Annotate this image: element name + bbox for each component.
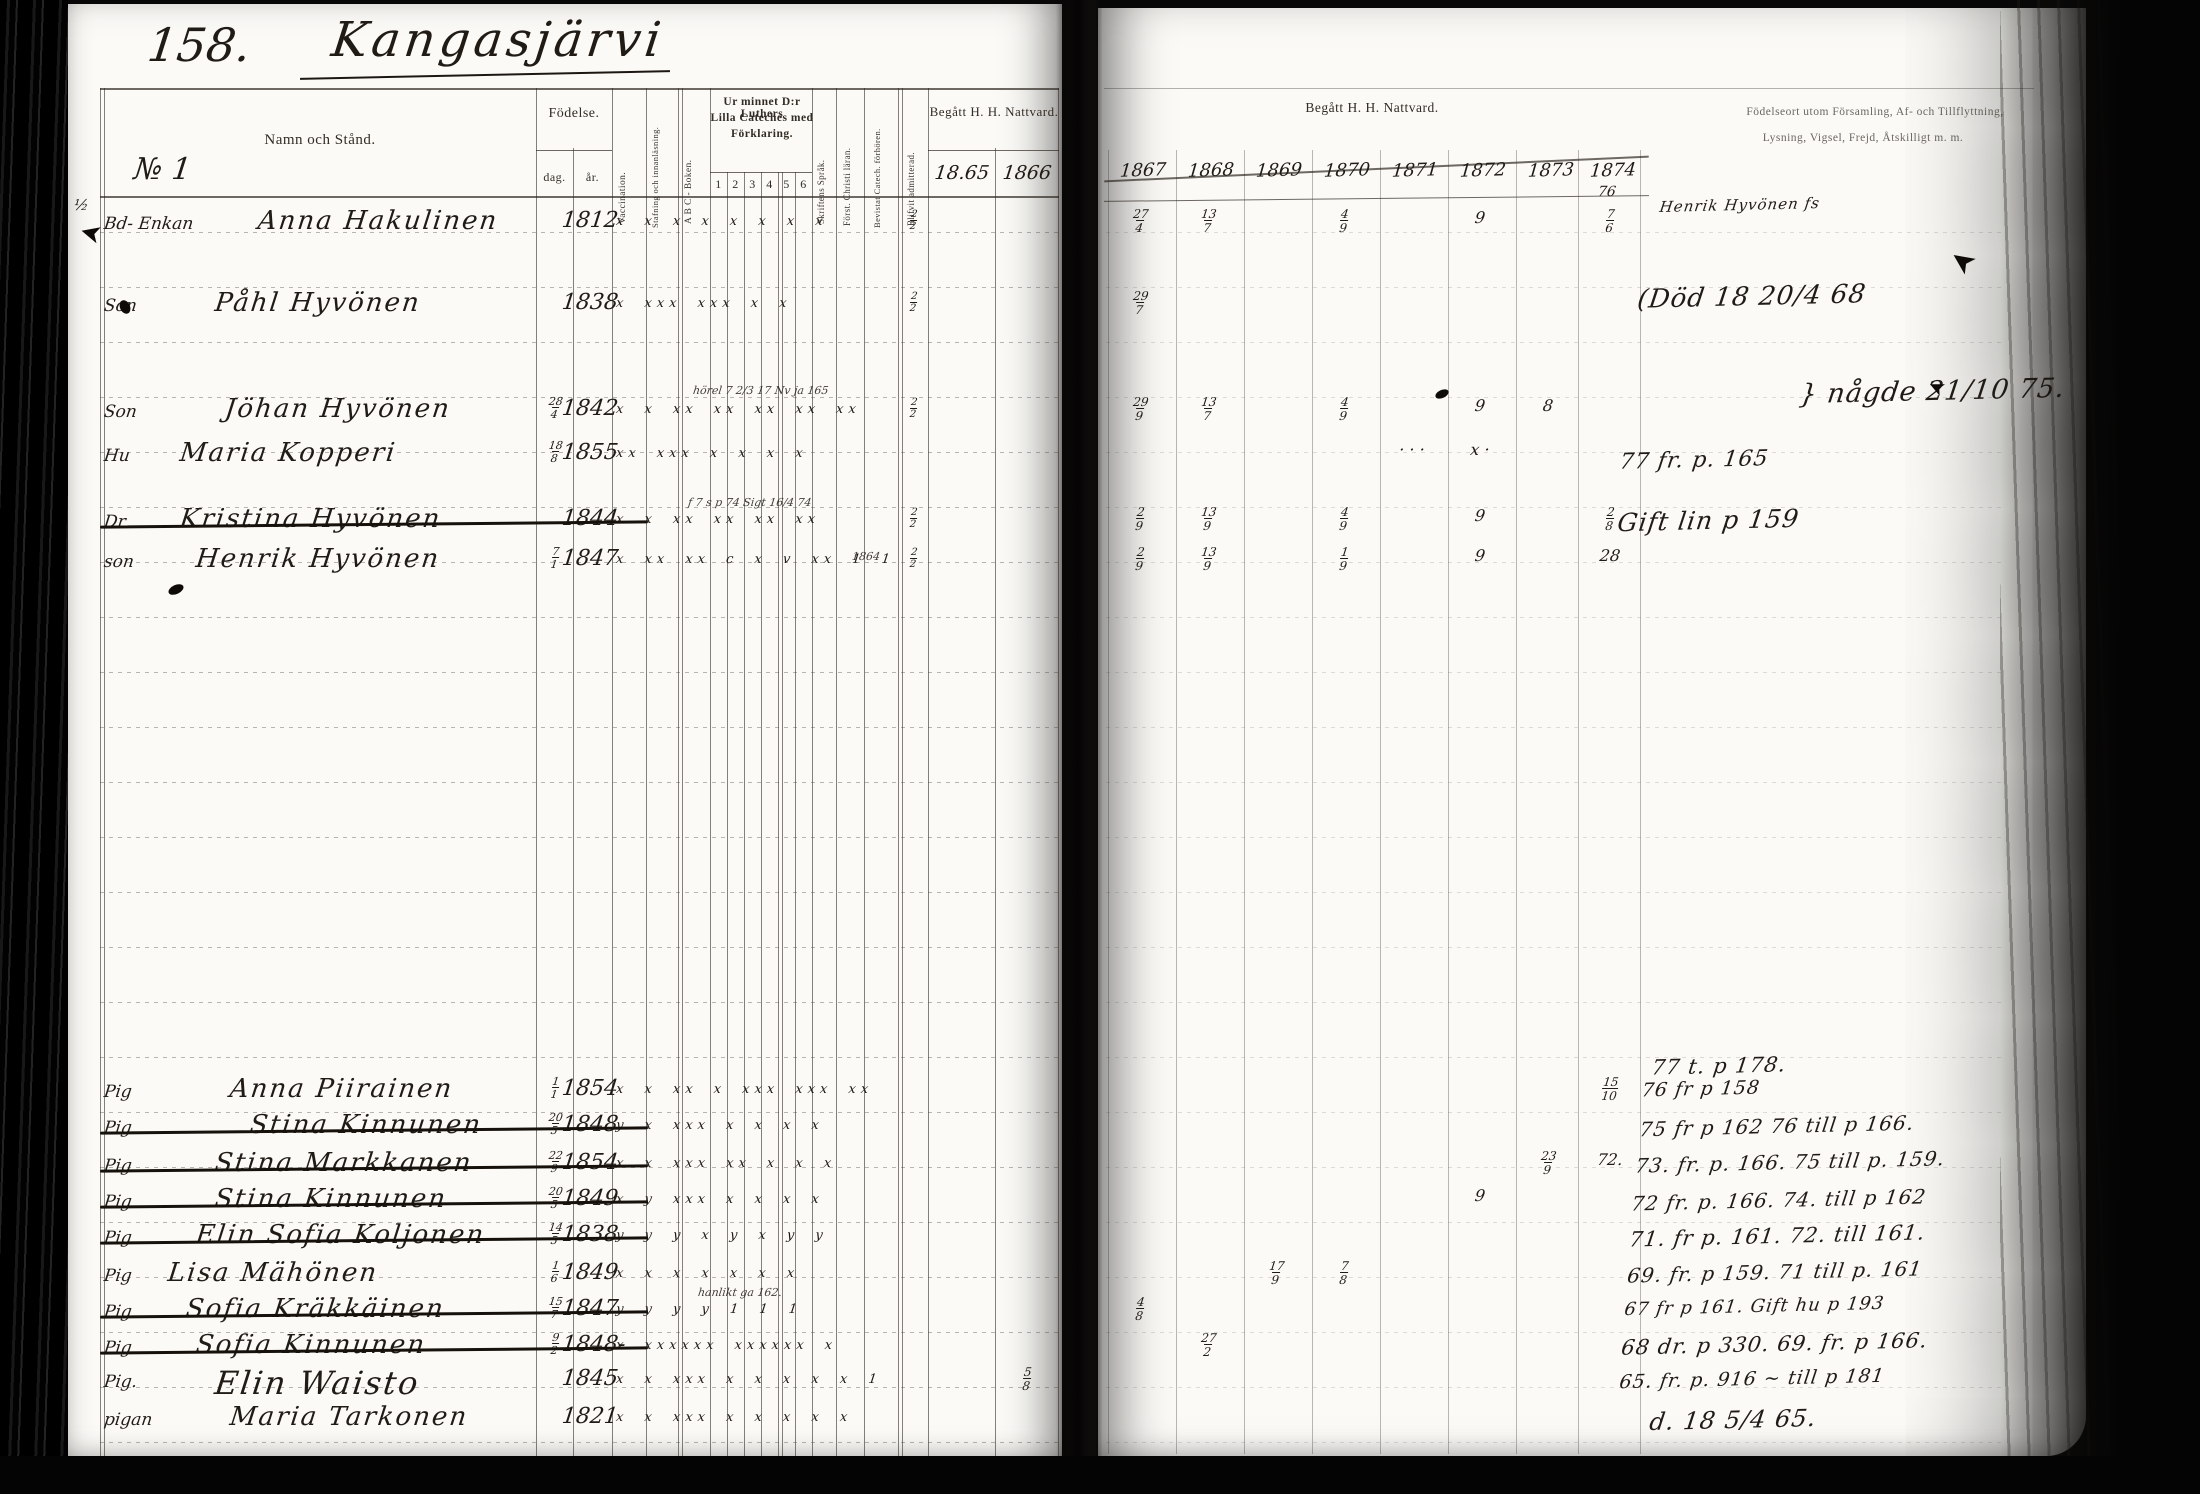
communion-mark-right: 78: [1310, 1260, 1377, 1286]
fraction-mark: 297: [1131, 290, 1149, 316]
row-prefix: Son: [103, 402, 138, 422]
row-prefix: Pig: [103, 1118, 133, 1138]
communion-mark-right: 139: [1174, 506, 1241, 532]
fraction-mark: 239: [1539, 1150, 1557, 1176]
fraction-mark: 71: [550, 546, 560, 570]
admitted-mark: 22: [899, 210, 929, 232]
note-script: hanlikt ga 162.: [697, 1286, 783, 1299]
table-row: SonPåhl Hyvönen1838x xxx xxx x x22297: [0, 290, 2200, 330]
row-name: Kristina Hyvönen: [178, 504, 443, 534]
row-name: Elin Sofia Koljonen: [194, 1220, 487, 1250]
communion-mark-right: 9: [1447, 396, 1513, 415]
communion-mark-right: 137: [1174, 208, 1241, 234]
row-prefix: son: [103, 552, 135, 572]
birth-year: 1849: [560, 1186, 617, 1211]
birth-year: 1854: [560, 1076, 617, 1101]
row-annotation: d. 18 5/4 65.: [1648, 1404, 1819, 1436]
birth-year: 1838: [560, 290, 617, 315]
communion-mark-right: 9: [1447, 1186, 1513, 1205]
row-prefix: Pig.: [103, 1372, 139, 1392]
communion-mark-right: 9: [1447, 208, 1513, 227]
birth-year: 1854: [560, 1150, 617, 1175]
birth-year: 1848-: [560, 1332, 617, 1357]
row-marks: x xxx xxx x x: [615, 296, 792, 311]
fraction-mark: 48: [1135, 1296, 1146, 1322]
birth-year: 1855: [560, 440, 617, 465]
fraction-mark: 58: [1022, 1366, 1033, 1392]
admitted-mark: 22: [899, 398, 929, 420]
row-prefix: Pig: [103, 1156, 133, 1176]
row-prefix: Pig: [103, 1338, 133, 1358]
row-annotation: (Död 18 20/4 68: [1636, 279, 1868, 315]
row-prefix: Pig: [103, 1228, 133, 1248]
row-prefix: pigan: [103, 1410, 154, 1430]
fraction-mark: 29: [1135, 506, 1146, 532]
table-row: sonHenrik Hyvönen711847x xx xx c x v xx …: [0, 546, 2200, 586]
communion-mark-right: 299: [1106, 396, 1173, 422]
row-name: Elin Waisto: [213, 1364, 422, 1402]
communion-mark-right: 72.: [1577, 1150, 1643, 1169]
fraction-mark: 137: [1199, 396, 1217, 422]
communion-mark-right: 28: [1577, 546, 1643, 565]
row-name: Anna Hakulinen: [256, 206, 500, 236]
communion-mark-right: 297: [1106, 290, 1173, 316]
admitted-mark: 22: [899, 548, 929, 570]
row-marks: x x xx xx xx xx xx: [615, 402, 862, 417]
row-prefix: Bd- Enkan: [103, 214, 195, 234]
fraction-mark: 139: [1199, 546, 1217, 572]
birth-year: 1849: [560, 1260, 617, 1285]
fraction-mark: 22: [909, 292, 918, 314]
admitted-mark: 22: [899, 292, 929, 314]
communion-mark-right: 29: [1106, 546, 1173, 572]
fraction-mark: 49: [1339, 506, 1350, 532]
communion-mark-left: 58: [994, 1366, 1059, 1392]
row-name: Jöhan Hyvönen: [223, 394, 453, 424]
fraction-mark: 11: [550, 1076, 560, 1100]
row-marks: x x x x x x x x: [615, 214, 828, 229]
communion-mark-right: · · ·: [1379, 440, 1445, 459]
fraction-mark: 78: [1339, 1260, 1350, 1286]
birth-year: 1812: [560, 208, 617, 233]
row-prefix: Pig: [103, 1266, 133, 1286]
row-annotation: 77 fr. p. 165: [1618, 446, 1770, 475]
birth-year: 1848: [560, 1112, 617, 1137]
communion-mark-right: 137: [1174, 396, 1241, 422]
birth-year: 1847: [560, 546, 617, 571]
communion-mark-right: 8: [1515, 396, 1581, 415]
row-name: Henrik Hyvönen: [194, 544, 442, 574]
fraction-mark: 19: [1339, 546, 1350, 572]
communion-mark-right: 272: [1174, 1332, 1241, 1358]
row-name: Stina Kinnunen: [248, 1110, 484, 1140]
communion-mark-right: 48: [1106, 1296, 1173, 1322]
communion-mark-right: 239: [1514, 1150, 1581, 1176]
fraction-mark: 179: [1267, 1260, 1285, 1286]
row-name: Maria Kopperi: [178, 438, 398, 468]
fraction-mark: 139: [1199, 506, 1217, 532]
communion-mark-right: 29: [1106, 506, 1173, 532]
communion-mark-right: 76: [1576, 208, 1643, 234]
row-prefix: Pig: [103, 1082, 133, 1102]
fraction-mark: 28: [1605, 506, 1616, 532]
table-row: piganMaria Tarkonen1821x x xxx x x x x x: [0, 1404, 2200, 1444]
communion-mark-right: 49: [1310, 208, 1377, 234]
row-prefix: Dr: [103, 512, 127, 532]
fraction-mark: 272: [1199, 1332, 1217, 1358]
communion-mark-right: 19: [1310, 546, 1377, 572]
row-prefix: Pig: [103, 1192, 133, 1212]
fraction-mark: 299: [1131, 396, 1149, 422]
fraction-mark: 22: [909, 508, 918, 530]
fraction-mark: 1510: [1601, 1076, 1619, 1102]
fraction-mark: 29: [1135, 546, 1146, 572]
row-name: Stina Kinnunen: [213, 1184, 449, 1214]
birth-year: 1821: [560, 1404, 617, 1429]
row-marks: x x xxx xx x x x: [615, 1156, 837, 1171]
table-row: Bd- EnkanAnna Hakulinen1812x x x x x x x…: [0, 208, 2200, 248]
row-name: Påhl Hyvönen: [213, 288, 422, 318]
fraction-mark: 274: [1131, 208, 1149, 234]
fraction-mark: 49: [1339, 208, 1350, 234]
row-name: Maria Tarkonen: [228, 1402, 470, 1432]
row-marks: x x x x x x x: [615, 1266, 800, 1281]
row-marks: x x xxx x x x x x 1: [615, 1372, 882, 1387]
scanned-church-record-spread: 158. Kangasjärvi № 1 Namn och Stånd. Föd…: [0, 0, 2200, 1494]
row-name: Sofia Kinnunen: [194, 1330, 428, 1360]
row-name: Lisa Mähönen: [166, 1258, 380, 1288]
table-rows: Bd- EnkanAnna Hakulinen1812x x x x x x x…: [0, 0, 2200, 1494]
communion-mark-right: 49: [1310, 506, 1377, 532]
birth-year: 1847: [560, 1296, 617, 1321]
row-name: Sofia Kräkkäinen: [184, 1294, 446, 1324]
row-prefix: Pig: [103, 1302, 133, 1322]
communion-mark-right: 1510: [1576, 1076, 1643, 1102]
communion-mark-right: 9: [1447, 546, 1513, 565]
row-prefix: Hu: [103, 446, 131, 466]
row-marks: x xxxxxx xxxxxx x: [615, 1338, 838, 1353]
margin-fraction: ½: [73, 196, 90, 214]
communion-mark-right: 9: [1447, 506, 1513, 525]
communion-mark-right: 179: [1242, 1260, 1309, 1286]
fraction-mark: 22: [909, 398, 918, 420]
communion-mark-right: x ·: [1447, 440, 1513, 459]
fraction-mark: 76: [1605, 208, 1616, 234]
row-annotation: 77 t. p 178.: [1650, 1052, 1788, 1079]
row-marks: x x xx x xxx xxx xx: [615, 1082, 874, 1097]
communion-mark-right: 139: [1174, 546, 1241, 572]
scan-bottom-edge: [0, 1456, 2200, 1494]
birth-year: 1838: [560, 1222, 617, 1247]
row-marks: xx xxx x x x x: [615, 446, 808, 461]
birth-year: 1845: [560, 1366, 617, 1391]
fraction-mark: 49: [1339, 396, 1350, 422]
table-row: DrKristina Hyvönen1844x x xx xx xx xx222…: [0, 506, 2200, 546]
row-marks: x x xxx x x x x x: [615, 1410, 853, 1425]
fraction-mark: 16: [550, 1260, 560, 1284]
row-annotation: Gift lin p 159: [1616, 504, 1801, 537]
fraction-mark: 92: [550, 1332, 560, 1356]
note-script: hörel 7 2/3 17 Nv ja 165: [692, 384, 829, 397]
row-annotation: 76 fr p 158: [1640, 1077, 1761, 1102]
birth-year: 1844: [560, 506, 617, 531]
fraction-mark: 22: [909, 210, 918, 232]
fraction-mark: 22: [909, 548, 918, 570]
admitted-mark: 22: [899, 508, 929, 530]
birth-year: 1842: [560, 396, 617, 421]
row-name: Stina Markkanen: [213, 1148, 474, 1178]
communion-mark-right: 49: [1310, 396, 1377, 422]
communion-mark-right: 274: [1106, 208, 1173, 234]
note-script: 1864: [851, 550, 881, 563]
fraction-mark: 137: [1199, 208, 1217, 234]
table-row: HuMaria Kopperi1881855xx xxx x x x x· · …: [0, 440, 2200, 480]
note-script: f 7 s p 74 Sigt 16/4 74: [687, 496, 812, 509]
row-name: Anna Piirainen: [228, 1074, 455, 1104]
